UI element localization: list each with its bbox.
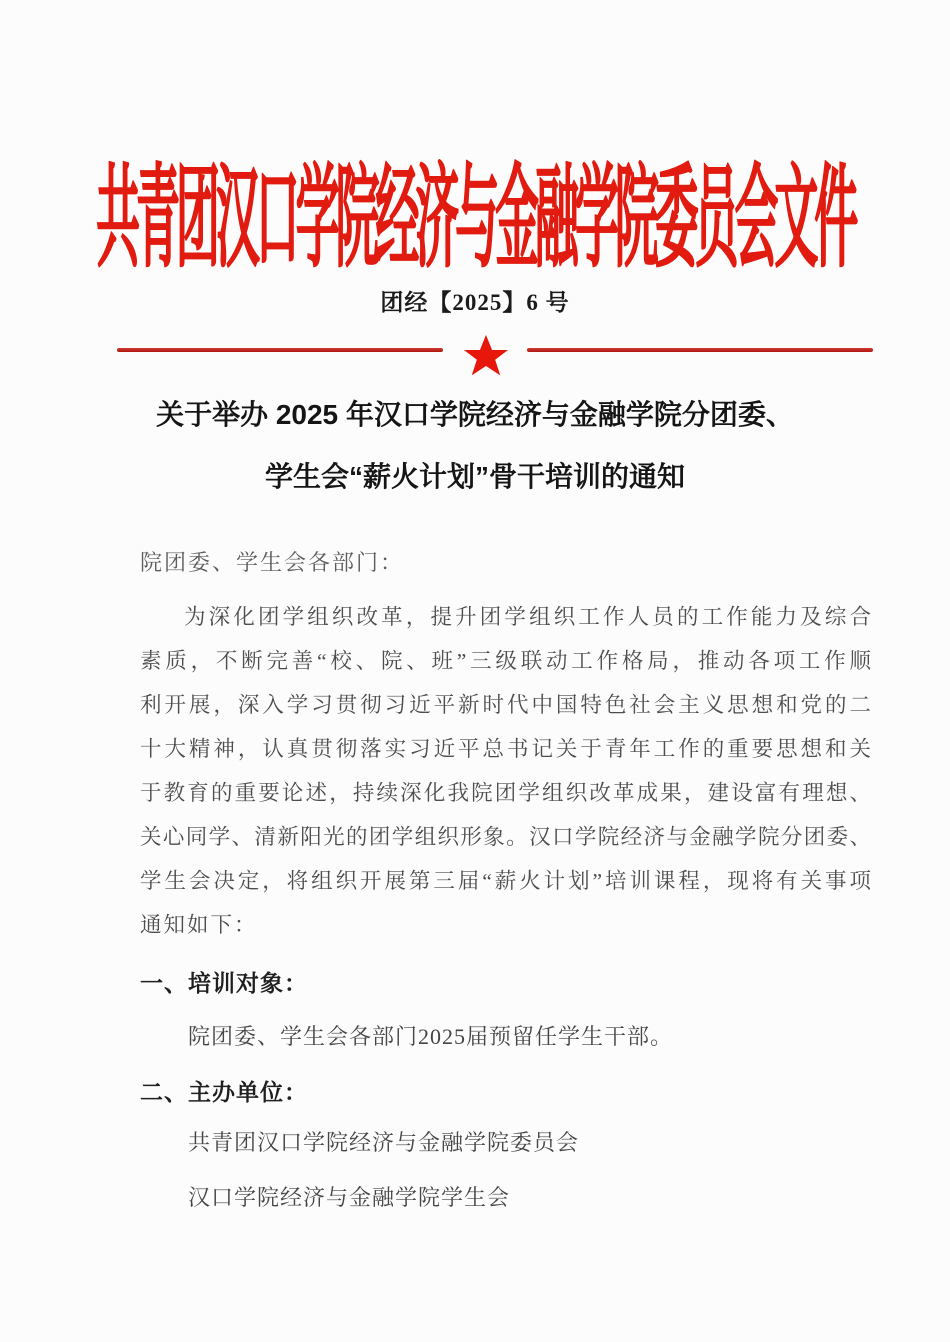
star-icon (464, 333, 508, 379)
body-line: 利开展，深入学习贯彻习近平新时代中国特色社会主义思想和党的二 (140, 683, 871, 727)
divider-line-left (117, 348, 443, 352)
header-divider (117, 330, 873, 382)
notice-title-line-2: 学生会“薪火计划”骨干培训的通知 (0, 460, 950, 493)
body-line: 于教育的重要论述，持续深化我院团学组织改革成果，建设富有理想、 (140, 771, 871, 815)
body-line: 学生会决定，将组织开展第三届“薪火计划”培训课程，现将有关事项 (140, 859, 871, 903)
body-line: 素质，不断完善“校、院、班”三级联动工作格局，推动各项工作顺 (140, 639, 871, 683)
body-paragraph: 为深化团学组织改革，提升团学组织工作人员的工作能力及综合 素质，不断完善“校、院… (140, 595, 871, 947)
section-2-heading: 二、主办单位： (140, 1070, 308, 1114)
body-line: 为深化团学组织改革，提升团学组织工作人员的工作能力及综合 (140, 595, 871, 639)
red-header-banner: 共青团汉口学院经济与金融学院委员会文件 (0, 182, 950, 238)
section-1-heading: 一、培训对象： (140, 961, 308, 1005)
body-line: 关心同学、清新阳光的团学组织形象。汉口学院经济与金融学院分团委、 (140, 815, 871, 859)
section-1-item: 院团委、学生会各部门2025届预留任学生干部。 (188, 1015, 673, 1059)
salutation: 院团委、学生会各部门： (140, 541, 404, 585)
divider-line-right (527, 348, 873, 352)
section-2-item: 汉口学院经济与金融学院学生会 (188, 1176, 510, 1220)
section-2-item: 共青团汉口学院经济与金融学院委员会 (188, 1121, 579, 1165)
body-line: 通知如下： (140, 903, 871, 947)
document-number: 团经【2025】6 号 (0, 284, 950, 317)
document-page: 共青团汉口学院经济与金融学院委员会文件 团经【2025】6 号 关于举办 202… (0, 0, 950, 1342)
body-line: 十大精神，认真贯彻落实习近平总书记关于青年工作的重要思想和关 (140, 727, 871, 771)
notice-title-line-1: 关于举办 2025 年汉口学院经济与金融学院分团委、 (0, 398, 950, 431)
notice-title: 关于举办 2025 年汉口学院经济与金融学院分团委、 学生会“薪火计划”骨干培训… (0, 398, 950, 493)
issuing-authority-title: 共青团汉口学院经济与金融学院委员会文件 (96, 129, 854, 291)
